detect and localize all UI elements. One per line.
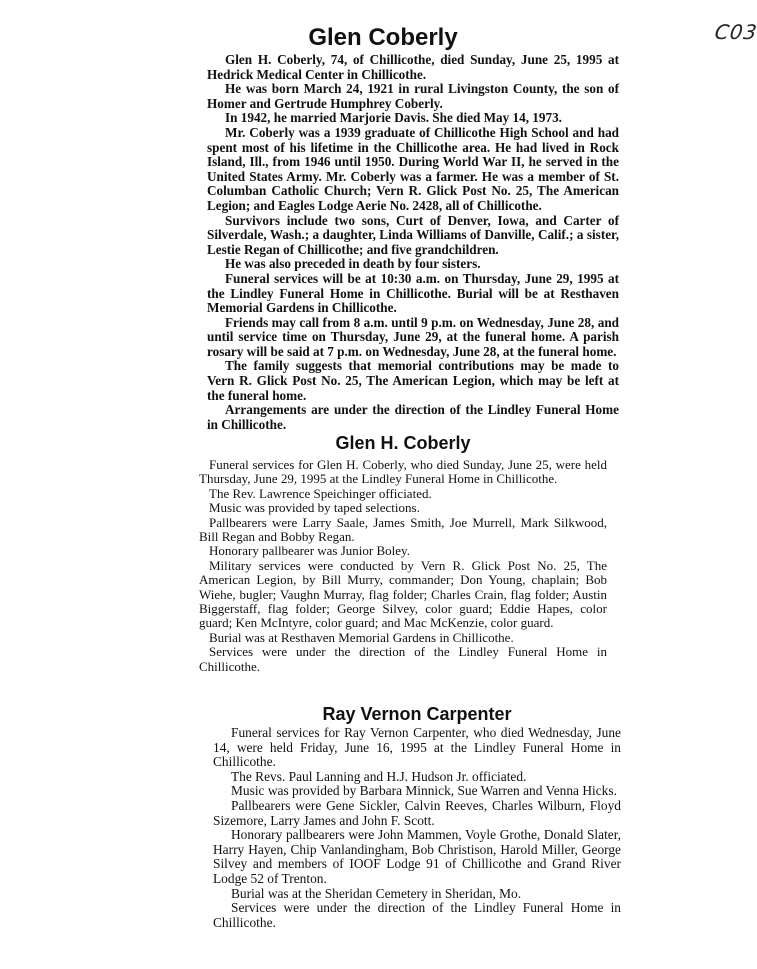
obituary-title: Ray Vernon Carpenter <box>213 703 621 725</box>
paragraph: Pallbearers were Gene Sickler, Calvin Re… <box>213 799 621 828</box>
paragraph: Pallbearers were Larry Saale, James Smit… <box>199 516 607 545</box>
paragraph: Services were under the direction of the… <box>199 645 607 674</box>
paragraph: Survivors include two sons, Curt of Denv… <box>207 214 619 258</box>
paragraph: He was also preceded in death by four si… <box>207 257 619 272</box>
paragraph: Friends may call from 8 a.m. until 9 p.m… <box>207 316 619 360</box>
paragraph: Honorary pallbearers were John Mammen, V… <box>213 828 621 886</box>
paragraph: The family suggests that memorial contri… <box>207 359 619 403</box>
paragraph: The Rev. Lawrence Speichinger officiated… <box>199 487 607 501</box>
paragraph: Arrangements are under the direction of … <box>207 403 619 432</box>
funeral-notice-ray-vernon-carpenter: Ray Vernon Carpenter Funeral services fo… <box>213 703 621 930</box>
obituary-title: Glen H. Coberly <box>199 432 607 454</box>
paragraph: Mr. Coberly was a 1939 graduate of Chill… <box>207 126 619 214</box>
paragraph: Military services were conducted by Vern… <box>199 559 607 631</box>
obituary-glen-coberly: Glen Coberly Glen H. Coberly, 74, of Chi… <box>207 24 619 432</box>
paragraph: Music was provided by taped selections. <box>199 501 607 515</box>
obituary-title: Glen Coberly <box>147 24 619 52</box>
paragraph: Burial was at the Sheridan Cemetery in S… <box>213 887 621 902</box>
paragraph: He was born March 24, 1921 in rural Livi… <box>207 82 619 111</box>
paragraph: In 1942, he married Marjorie Davis. She … <box>207 111 619 126</box>
paragraph: Music was provided by Barbara Minnick, S… <box>213 784 621 799</box>
paragraph: Funeral services for Glen H. Coberly, wh… <box>199 458 607 487</box>
paragraph: Honorary pallbearer was Junior Boley. <box>199 544 607 558</box>
paragraph: Funeral services for Ray Vernon Carpente… <box>213 726 621 770</box>
paragraph: Services were under the direction of the… <box>213 901 621 930</box>
paragraph: Funeral services will be at 10:30 a.m. o… <box>207 272 619 316</box>
funeral-notice-glen-h-coberly: Glen H. Coberly Funeral services for Gle… <box>199 432 607 674</box>
handwritten-page-code: C03 <box>713 20 757 44</box>
paragraph: Burial was at Resthaven Memorial Gardens… <box>199 631 607 645</box>
paragraph: Glen H. Coberly, 74, of Chillicothe, die… <box>207 53 619 82</box>
paragraph: The Revs. Paul Lanning and H.J. Hudson J… <box>213 770 621 785</box>
